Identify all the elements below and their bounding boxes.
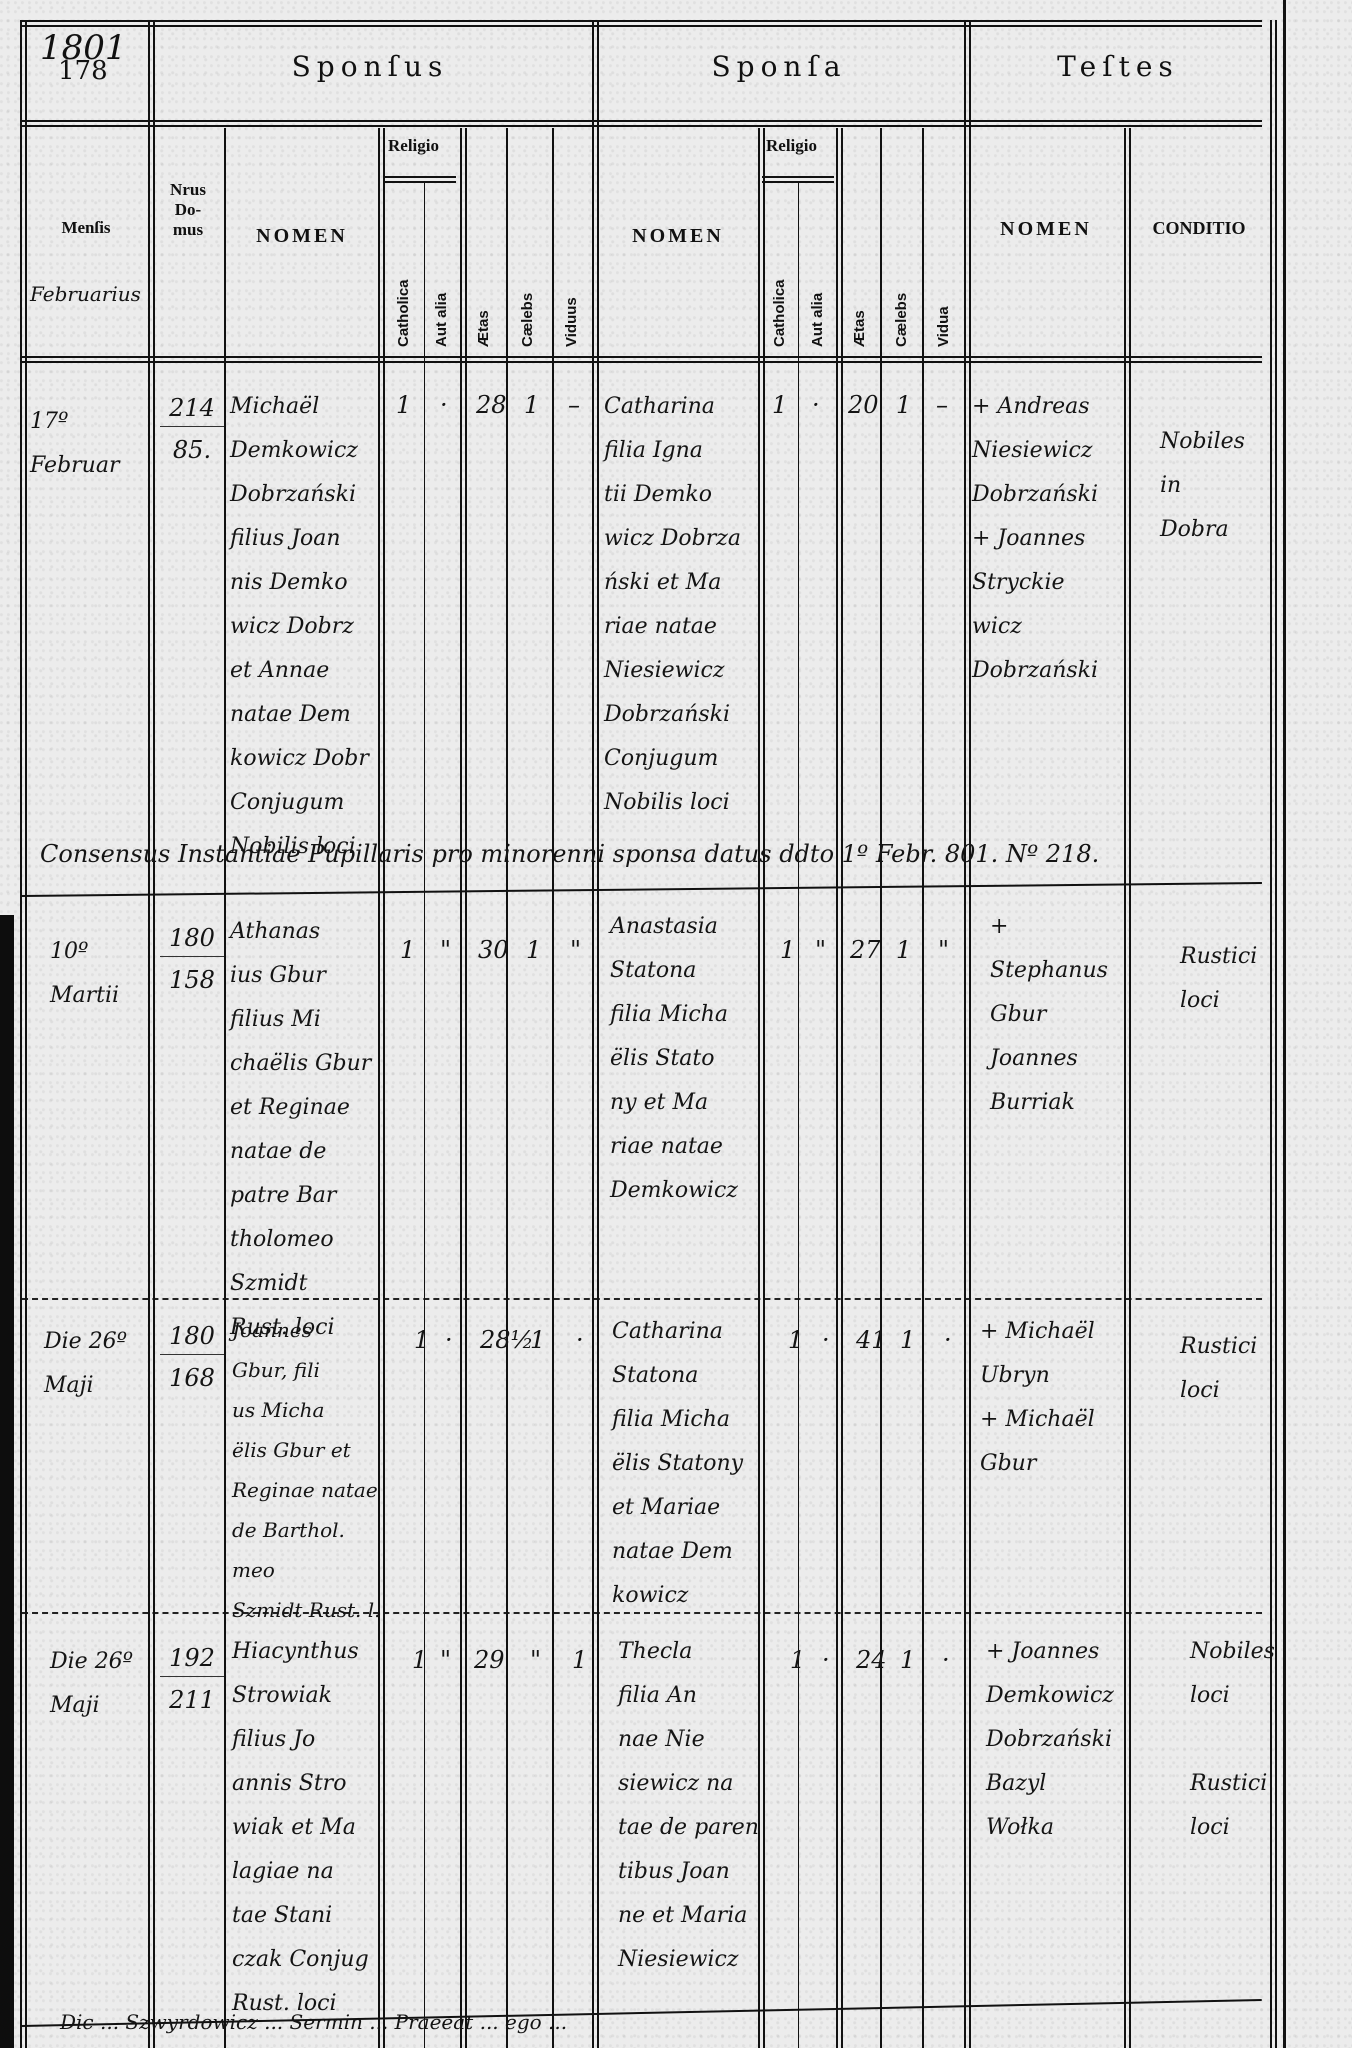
- record-bride-caelebs: 1: [900, 1320, 915, 1360]
- col-rule-groom-end: [592, 20, 594, 2048]
- record-bride-name: Catharina Statona filia Micha ëlis Stato…: [612, 1310, 760, 1618]
- record-bride-vidua: ·: [942, 1640, 950, 1680]
- record-conditio: Rustici loci: [1180, 935, 1270, 1023]
- record-bride-aut-alia: ·: [822, 1320, 830, 1360]
- header-house-line-2: Do-: [152, 200, 224, 220]
- record-divider-1: [22, 882, 1262, 897]
- record-groom-aut-alia: ": [440, 930, 451, 970]
- record-conditio: Nobiles in Dobra: [1160, 420, 1270, 552]
- record-groom-aetas: 30: [478, 930, 509, 970]
- col-rule-groom-alia: [460, 128, 462, 2048]
- record-bride-aetas: 24: [856, 1640, 887, 1680]
- record-groom-viduus: 1: [572, 1640, 587, 1680]
- record-groom-caelebs: ": [530, 1640, 541, 1680]
- record-groom-name: Hiacynthus Strowiak filius Jo annis Stro…: [232, 1630, 382, 2026]
- record-groom-name: Joannes Gbur, fili us Micha ëlis Gbur et…: [232, 1310, 392, 1630]
- header-month-value: Februarius: [30, 280, 150, 308]
- record-groom-caelebs: 1: [530, 1320, 545, 1360]
- record-house-top: 180: [160, 1318, 224, 1355]
- page-right-edge: [1283, 0, 1286, 2048]
- record-groom-aetas: 29: [474, 1640, 505, 1680]
- record-bride-catholica: 1: [788, 1320, 803, 1360]
- col-rule-groom-caelebs: [552, 128, 554, 2048]
- col-rule-bride-end: [964, 20, 966, 2048]
- header-witness-name: NOMEN: [968, 218, 1124, 241]
- record-groom-name: Michaël Demkowicz Dobrzański filius Joan…: [230, 385, 380, 869]
- record-groom-caelebs: 1: [524, 385, 539, 425]
- page-number: 178: [58, 56, 108, 86]
- record-bride-aetas: 20: [848, 385, 879, 425]
- record-witnesses: + Stephanus Gbur Joannes Burriak: [990, 905, 1124, 1125]
- record-date: 17º Februar: [30, 400, 148, 488]
- record-house-bottom: 85.: [160, 430, 224, 470]
- header-groom-religio: Religio: [388, 136, 439, 156]
- table-top-rule: [22, 20, 1262, 22]
- record-date: Die 26º Maji: [50, 1640, 148, 1728]
- header-month: Menſis: [24, 218, 148, 238]
- record-house-top: 180: [160, 920, 224, 957]
- record-bride-vidua: ·: [944, 1320, 952, 1360]
- record-bride-catholica: 1: [780, 930, 795, 970]
- record-bride-catholica: 1: [772, 385, 787, 425]
- record-bride-aetas: 41: [856, 1320, 887, 1360]
- record-groom-aetas: 28: [476, 385, 507, 425]
- col-rule-bride-cath: [798, 182, 799, 2048]
- record-bride-vidua: –: [936, 385, 948, 425]
- record-bride-name: Catharina filia Igna tii Demko wicz Dobr…: [604, 385, 756, 825]
- record-house-bottom: 158: [160, 960, 224, 1000]
- record-bride-aut-alia: ·: [812, 385, 820, 425]
- col-rule-house: [224, 128, 226, 2048]
- record-groom-viduus: –: [568, 385, 580, 425]
- record-house-top: 214: [160, 390, 224, 427]
- col-rule-bride-aetas: [880, 128, 882, 2048]
- header-witness-conditio: CONDITIO: [1128, 218, 1270, 238]
- record-witnesses: + Andreas Niesiewicz Dobrzański + Joanne…: [972, 385, 1124, 693]
- col-rule-witness-name: [1124, 128, 1126, 2048]
- record-groom-aetas: 28½: [480, 1320, 534, 1360]
- group-title-bride: Sponſa: [596, 50, 962, 83]
- record-groom-aut-alia: ": [440, 1640, 451, 1680]
- header-bride-catholica: Catholica: [771, 279, 788, 347]
- record-groom-viduus: ·: [576, 1320, 584, 1360]
- header-bride-vidua: Vidua: [935, 306, 952, 347]
- record-bride-name: Thecla filia An nae Nie siewicz na tae d…: [618, 1630, 760, 1982]
- groom-religio-rule: [384, 176, 456, 178]
- record-groom-catholica: 1: [412, 1640, 427, 1680]
- record-conditio: Nobiles loci Rustici loci: [1190, 1630, 1270, 1850]
- header-groom-viduus: Viduus: [563, 297, 580, 347]
- group-title-rule: [22, 120, 1262, 122]
- header-bride-caelebs: Cælebs: [893, 293, 910, 347]
- header-house-number: Nrus Do- mus: [152, 180, 224, 240]
- record-divider-2: [22, 1298, 1262, 1300]
- record-groom-catholica: 1: [414, 1320, 429, 1360]
- record-bride-caelebs: 1: [896, 385, 911, 425]
- header-groom-caelebs: Cælebs: [519, 293, 536, 347]
- record-bride-catholica: 1: [790, 1640, 805, 1680]
- record-groom-catholica: 1: [400, 930, 415, 970]
- record-groom-catholica: 1: [396, 385, 411, 425]
- header-groom-name: NOMEN: [226, 225, 378, 248]
- record-witnesses: + Michaël Ubryn + Michaël Gbur: [980, 1310, 1124, 1486]
- record-bride-caelebs: 1: [896, 930, 911, 970]
- header-bride-aut-alia: Aut alia: [809, 293, 826, 347]
- record-groom-name: Athanas ius Gbur filius Mi chaëlis Gbur …: [230, 910, 380, 1350]
- record-witnesses: + Joannes Demkowicz Dobrzański Bazyl Woł…: [986, 1630, 1124, 1850]
- record-footnote: Consensus Instantiae Pupillaris pro mino…: [40, 840, 1099, 868]
- record-conditio: Rustici loci: [1180, 1325, 1270, 1413]
- record-date: Die 26º Maji: [44, 1320, 148, 1408]
- binding-spine: [0, 915, 14, 2048]
- col-rule-month: [148, 20, 150, 2048]
- record-groom-viduus: ": [570, 930, 581, 970]
- group-title-groom: Sponſus: [150, 50, 590, 83]
- header-bride-religio: Religio: [766, 136, 817, 156]
- record-footnote: Dic ... Szwyrdowicz ... Sermin ... Praee…: [60, 2010, 567, 2034]
- record-groom-aut-alia: ·: [445, 1320, 453, 1360]
- record-groom-aut-alia: ·: [440, 385, 448, 425]
- col-rule-groom-cath: [424, 182, 425, 2048]
- record-house-top: 192: [160, 1640, 224, 1677]
- record-date: 10º Martii: [50, 930, 148, 1018]
- col-rule-right: [1270, 20, 1272, 2048]
- header-house-line-3: mus: [152, 220, 224, 240]
- bride-religio-rule: [762, 176, 834, 178]
- register-page: 1801 178 Sponſus Sponſa Teſtes Menſis Fe…: [0, 0, 1352, 2048]
- header-groom-aut-alia: Aut alia: [433, 293, 450, 347]
- record-bride-name: Anastasia Statona filia Micha ëlis Stato…: [610, 905, 760, 1213]
- col-rule-bride-alia: [836, 128, 838, 2048]
- header-house-line-1: Nrus: [152, 180, 224, 200]
- record-groom-caelebs: 1: [526, 930, 541, 970]
- record-bride-caelebs: 1: [900, 1640, 915, 1680]
- record-bride-aetas: 27: [850, 930, 881, 970]
- col-rule-bride-caelebs: [922, 128, 924, 2048]
- record-bride-vidua: ": [938, 930, 949, 970]
- header-bottom-rule: [22, 356, 1262, 358]
- header-bride-name: NOMEN: [600, 225, 756, 248]
- header-bride-aetas: Ætas: [851, 310, 868, 347]
- header-groom-catholica: Catholica: [395, 279, 412, 347]
- record-house-bottom: 211: [160, 1680, 224, 1720]
- group-title-witnesses: Teſtes: [968, 50, 1268, 83]
- record-bride-aut-alia: ": [815, 930, 826, 970]
- record-bride-aut-alia: ·: [822, 1640, 830, 1680]
- col-rule-left: [20, 20, 22, 2048]
- header-groom-aetas: Ætas: [475, 310, 492, 347]
- record-house-bottom: 168: [160, 1358, 224, 1398]
